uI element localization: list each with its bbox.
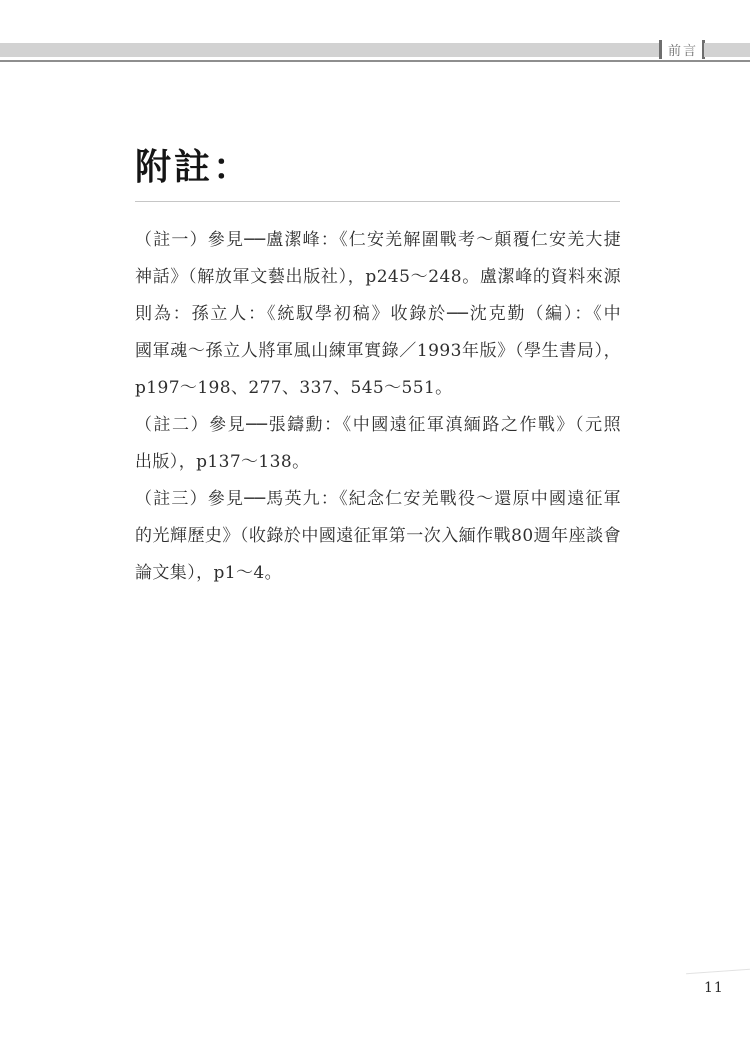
note-line: 的光輝歷史》（收錄於中國遠征軍第一次入緬作戰80週年座談會	[135, 518, 621, 555]
note-line: 則為：孫立人：《統馭學初稿》收錄於──沈克勤（編）：《中	[135, 296, 621, 333]
footer-faint-line	[686, 969, 750, 974]
note-line: p197～198、277、337、545～551。	[135, 370, 621, 407]
header-label-box: 前言	[659, 40, 705, 59]
note-line: （註三）參見──馬英九：《紀念仁安羌戰役～還原中國遠征軍	[135, 481, 621, 518]
note-line: （註一）參見──盧潔峰：《仁安羌解圍戰考～顛覆仁安羌大捷	[135, 222, 621, 259]
header-rule	[0, 60, 750, 62]
note-line: 神話》（解放軍文藝出版社），p245～248。盧潔峰的資料來源	[135, 259, 621, 296]
running-header-label: 前言	[666, 40, 698, 59]
note-line: 論文集），p1～4。	[135, 555, 621, 592]
book-page: 前言 附註： （註一）參見──盧潔峰：《仁安羌解圍戰考～顛覆仁安羌大捷 神話》（…	[0, 0, 750, 1046]
notes-body: （註一）參見──盧潔峰：《仁安羌解圍戰考～顛覆仁安羌大捷 神話》（解放軍文藝出版…	[135, 222, 621, 592]
note-line: 出版），p137～138。	[135, 444, 621, 481]
note-line: 國軍魂～孫立人將軍風山練軍實錄／1993年版》（學生書局），	[135, 333, 621, 370]
page-number: 11	[704, 980, 724, 996]
title-underline	[135, 201, 620, 202]
note-line: （註二）參見──張鑄勳：《中國遠征軍滇緬路之作戰》（元照	[135, 407, 621, 444]
section-title: 附註：	[135, 146, 252, 189]
header-bar-left	[0, 43, 660, 57]
header-bar-right	[704, 43, 750, 57]
